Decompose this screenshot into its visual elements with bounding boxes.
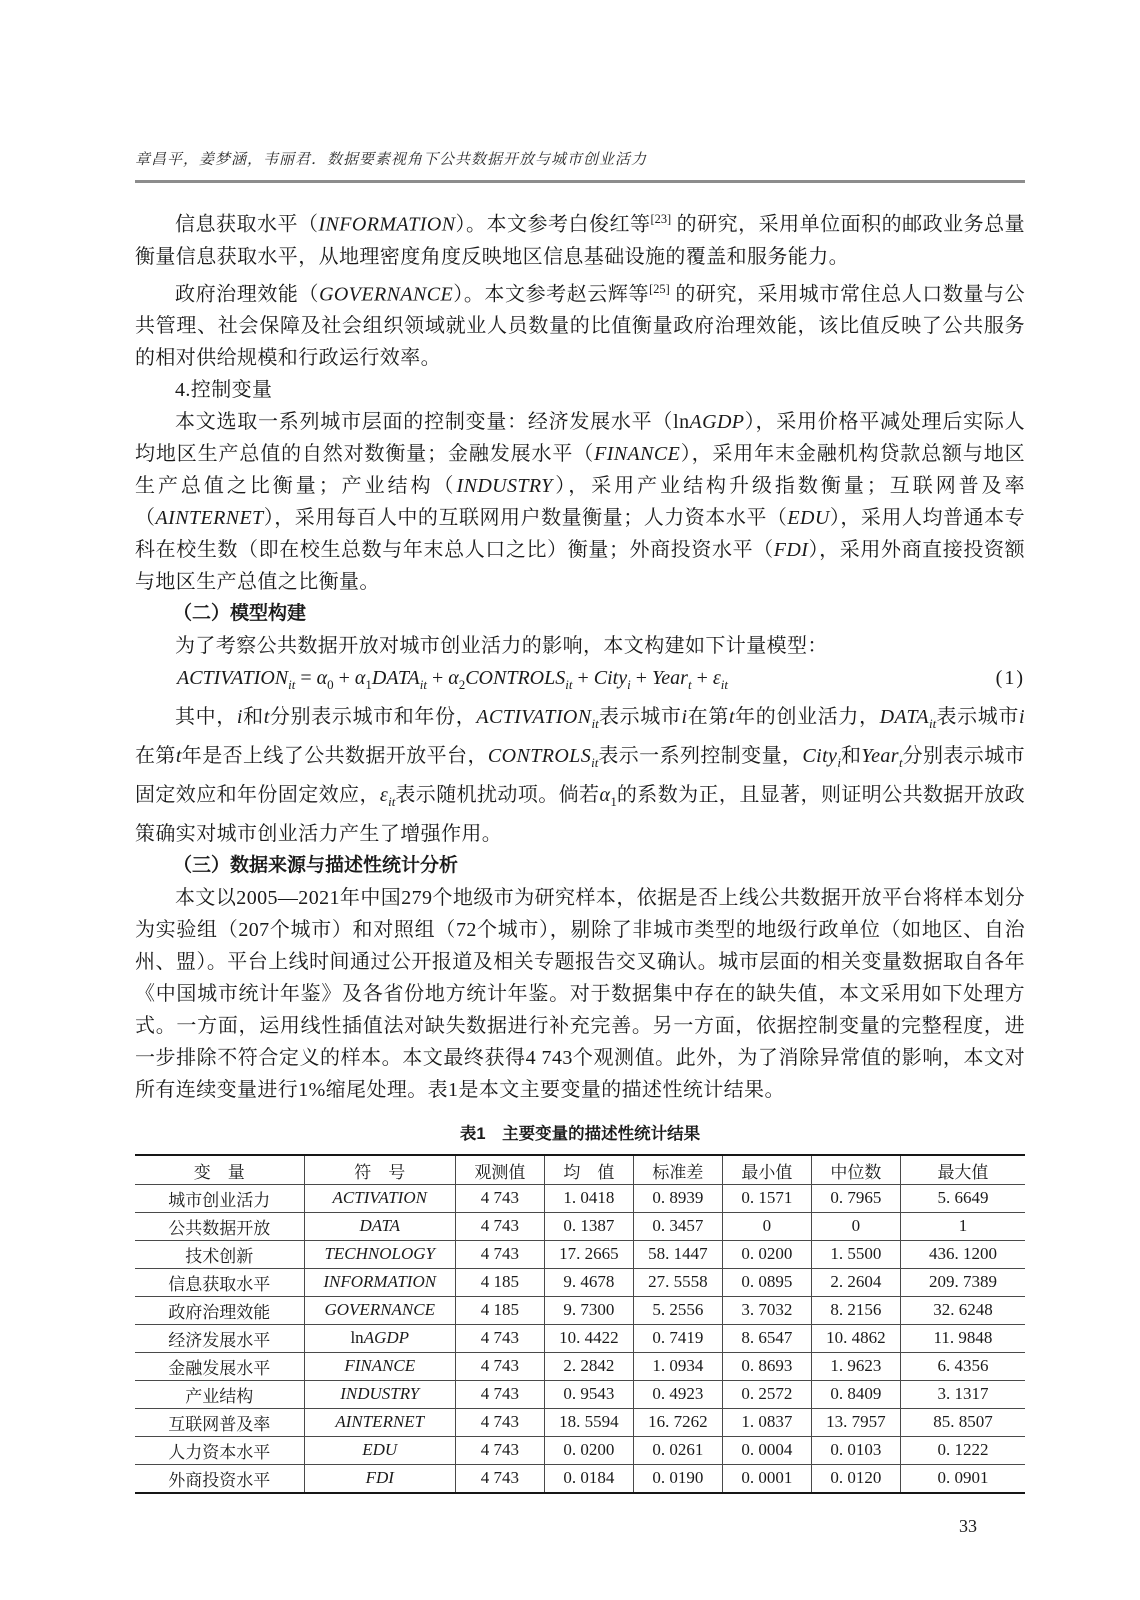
- text-run: 和: [841, 745, 861, 767]
- column-header: 最小值: [722, 1155, 811, 1184]
- value-cell: 0. 0184: [544, 1464, 633, 1493]
- equation-body: ACTIVATIONit = α0 + α1DATAit + α2CONTROL…: [177, 662, 728, 701]
- text-run: CONTROLS: [488, 745, 591, 767]
- text-run: INFORMATION: [323, 1272, 436, 1291]
- column-header: 符 号: [304, 1155, 455, 1184]
- value-cell: 4 743: [455, 1464, 544, 1493]
- value-cell: 0. 4923: [633, 1380, 722, 1408]
- value-cell: 2. 2604: [811, 1268, 900, 1296]
- symbol-cell: ACTIVATION: [304, 1184, 455, 1212]
- variable-name-cell: 城市创业活力: [135, 1184, 304, 1212]
- text-run: it: [721, 677, 728, 692]
- text-run: +: [572, 667, 593, 689]
- table-row: 公共数据开放DATA4 7430. 13870. 3457001: [135, 1212, 1025, 1240]
- text-run: it: [420, 677, 427, 692]
- variable-name-cell: 产业结构: [135, 1380, 304, 1408]
- text-run: CONTROLS: [465, 667, 565, 689]
- subheading-control-variables: 4.控制变量: [135, 374, 1025, 406]
- table-row: 人力资本水平EDU4 7430. 02000. 02610. 00040. 01…: [135, 1436, 1025, 1464]
- value-cell: 0: [811, 1212, 900, 1240]
- text-run: AINTERNET: [335, 1412, 424, 1431]
- text-run: [25]: [649, 282, 670, 296]
- variable-name-cell: 经济发展水平: [135, 1324, 304, 1352]
- text-run: 信息获取水平（: [175, 214, 318, 236]
- descriptive-statistics-table: 变 量符 号观测值均 值标准差最小值中位数最大值 城市创业活力ACTIVATIO…: [135, 1154, 1025, 1494]
- value-cell: 27. 5558: [633, 1268, 722, 1296]
- value-cell: 0. 0200: [544, 1436, 633, 1464]
- text-run: ），采用每百人中的互联网用户数量衡量；人力资本水平（: [264, 507, 788, 529]
- value-cell: 3. 1317: [900, 1380, 1025, 1408]
- table-row: 经济发展水平lnAGDP4 74310. 44220. 74198. 65471…: [135, 1324, 1025, 1352]
- value-cell: 58. 1447: [633, 1240, 722, 1268]
- text-run: INDUSTRY: [340, 1384, 419, 1403]
- text-run: GOVERNANCE: [324, 1300, 435, 1319]
- table-header-row: 变 量符 号观测值均 值标准差最小值中位数最大值: [135, 1155, 1025, 1184]
- text-run: 在第: [135, 745, 176, 767]
- value-cell: 4 185: [455, 1296, 544, 1324]
- text-run: ε: [380, 784, 388, 806]
- table-row: 政府治理效能GOVERNANCE4 1859. 73005. 25563. 70…: [135, 1296, 1025, 1324]
- column-header: 均 值: [544, 1155, 633, 1184]
- variable-name-cell: 金融发展水平: [135, 1352, 304, 1380]
- symbol-cell: EDU: [304, 1436, 455, 1464]
- text-run: FDI: [366, 1468, 394, 1487]
- table-row: 金融发展水平FINANCE4 7432. 28421. 09340. 86931…: [135, 1352, 1025, 1380]
- value-cell: 0. 0190: [633, 1464, 722, 1493]
- text-run: AINTERNET: [156, 507, 264, 529]
- page-footer: 33: [135, 1516, 1025, 1537]
- symbol-cell: AINTERNET: [304, 1408, 455, 1436]
- text-run: 和: [243, 706, 264, 728]
- value-cell: 0. 3457: [633, 1212, 722, 1240]
- text-run: i: [1019, 706, 1025, 728]
- text-run: 本文选取一系列城市层面的控制变量：经济发展水平（ln: [175, 411, 689, 433]
- table-row: 信息获取水平INFORMATION4 1859. 467827. 55580. …: [135, 1268, 1025, 1296]
- value-cell: 4 743: [455, 1324, 544, 1352]
- text-run: GOVERNANCE: [319, 283, 453, 305]
- variable-name-cell: 公共数据开放: [135, 1212, 304, 1240]
- paragraph-information-level: 信息获取水平（INFORMATION）。本文参考白俊红等[23] 的研究，采用单…: [135, 203, 1025, 273]
- value-cell: 4 743: [455, 1212, 544, 1240]
- table-row: 技术创新TECHNOLOGY4 74317. 266558. 14470. 02…: [135, 1240, 1025, 1268]
- column-header: 变 量: [135, 1155, 304, 1184]
- value-cell: 0. 7419: [633, 1324, 722, 1352]
- value-cell: 0. 0004: [722, 1436, 811, 1464]
- table-body: 城市创业活力ACTIVATION4 7431. 04180. 89390. 15…: [135, 1184, 1025, 1493]
- text-run: INDUSTRY: [457, 475, 553, 497]
- value-cell: 1. 0418: [544, 1184, 633, 1212]
- article-body: 信息获取水平（INFORMATION）。本文参考白俊红等[23] 的研究，采用单…: [135, 203, 1025, 1106]
- paragraph-model-intro: 为了考察公共数据开放对城市创业活力的影响，本文构建如下计量模型：: [135, 630, 1025, 662]
- table-head: 变 量符 号观测值均 值标准差最小值中位数最大值: [135, 1155, 1025, 1184]
- variable-name-cell: 人力资本水平: [135, 1436, 304, 1464]
- column-header: 中位数: [811, 1155, 900, 1184]
- text-run: DATA: [880, 706, 929, 728]
- symbol-cell: lnAGDP: [304, 1324, 455, 1352]
- page: 章昌平，姜梦涵，韦丽君．数据要素视角下公共数据开放与城市创业活力 信息获取水平（…: [0, 0, 1140, 1600]
- value-cell: 10. 4422: [544, 1324, 633, 1352]
- value-cell: 0. 1222: [900, 1436, 1025, 1464]
- value-cell: 4 185: [455, 1268, 544, 1296]
- value-cell: 0. 9543: [544, 1380, 633, 1408]
- value-cell: 17. 2665: [544, 1240, 633, 1268]
- value-cell: 1: [900, 1212, 1025, 1240]
- symbol-cell: INFORMATION: [304, 1268, 455, 1296]
- header-rule: [135, 180, 1025, 183]
- text-run: 分别表示城市和年份，: [270, 706, 477, 728]
- text-run: =: [295, 667, 316, 689]
- text-run: Year: [861, 745, 899, 767]
- variable-name-cell: 互联网普及率: [135, 1408, 304, 1436]
- value-cell: 4 743: [455, 1380, 544, 1408]
- text-run: 表示城市: [936, 706, 1019, 728]
- text-run: 年是否上线了公共数据开放平台，: [182, 745, 488, 767]
- value-cell: 4 743: [455, 1184, 544, 1212]
- paragraph-control-variables: 本文选取一系列城市层面的控制变量：经济发展水平（lnAGDP），采用价格平减处理…: [135, 406, 1025, 598]
- symbol-cell: GOVERNANCE: [304, 1296, 455, 1324]
- value-cell: 0. 1571: [722, 1184, 811, 1212]
- value-cell: 2. 2842: [544, 1352, 633, 1380]
- column-header: 标准差: [633, 1155, 722, 1184]
- symbol-cell: FINANCE: [304, 1352, 455, 1380]
- variable-name-cell: 技术创新: [135, 1240, 304, 1268]
- variable-name-cell: 外商投资水平: [135, 1464, 304, 1493]
- text-run: +: [427, 667, 448, 689]
- symbol-cell: FDI: [304, 1464, 455, 1493]
- text-run: FINANCE: [594, 443, 680, 465]
- running-head: 章昌平，姜梦涵，韦丽君．数据要素视角下公共数据开放与城市创业活力: [135, 148, 1025, 169]
- text-run: α: [599, 784, 610, 806]
- value-cell: 32. 6248: [900, 1296, 1025, 1324]
- value-cell: 18. 5594: [544, 1408, 633, 1436]
- value-cell: 0. 0261: [633, 1436, 722, 1464]
- value-cell: 10. 4862: [811, 1324, 900, 1352]
- value-cell: 3. 7032: [722, 1296, 811, 1324]
- text-run: City: [802, 745, 837, 767]
- equation-number: (1): [996, 662, 1025, 694]
- value-cell: 85. 8507: [900, 1408, 1025, 1436]
- value-cell: 0. 0103: [811, 1436, 900, 1464]
- value-cell: 6. 4356: [900, 1352, 1025, 1380]
- value-cell: 0. 0895: [722, 1268, 811, 1296]
- section-heading-model: （二）模型构建: [135, 598, 1025, 630]
- text-run: α: [355, 667, 366, 689]
- text-run: ）。本文参考赵云辉等: [453, 283, 649, 305]
- value-cell: 0. 0901: [900, 1464, 1025, 1493]
- value-cell: 0. 2572: [722, 1380, 811, 1408]
- text-run: INFORMATION: [318, 214, 455, 236]
- symbol-cell: TECHNOLOGY: [304, 1240, 455, 1268]
- table-row: 城市创业活力ACTIVATION4 7431. 04180. 89390. 15…: [135, 1184, 1025, 1212]
- text-run: α: [448, 667, 459, 689]
- table-block: 表1 主要变量的描述性统计结果 变 量符 号观测值均 值标准差最小值中位数最大值…: [135, 1120, 1025, 1494]
- text-run: DATA: [372, 667, 420, 689]
- value-cell: 9. 4678: [544, 1268, 633, 1296]
- page-number: 33: [959, 1516, 977, 1536]
- text-run: City: [594, 667, 627, 689]
- value-cell: 0: [722, 1212, 811, 1240]
- text-run: α: [317, 667, 328, 689]
- value-cell: 0. 0001: [722, 1464, 811, 1493]
- value-cell: 1. 0934: [633, 1352, 722, 1380]
- symbol-cell: DATA: [304, 1212, 455, 1240]
- value-cell: 11. 9848: [900, 1324, 1025, 1352]
- text-run: ACTIVATION: [177, 667, 288, 689]
- text-run: Year: [652, 667, 688, 689]
- text-run: 表示城市: [599, 706, 682, 728]
- text-run: 表示随机扰动项。倘若: [395, 784, 599, 806]
- text-run: ln: [350, 1328, 363, 1347]
- text-run: TECHNOLOGY: [324, 1244, 435, 1263]
- text-run: ACTIVATION: [333, 1188, 427, 1207]
- text-run: [23]: [651, 212, 672, 226]
- value-cell: 0. 0200: [722, 1240, 811, 1268]
- value-cell: 0. 8409: [811, 1380, 900, 1408]
- value-cell: 0. 8939: [633, 1184, 722, 1212]
- value-cell: 4 743: [455, 1240, 544, 1268]
- value-cell: 0. 0120: [811, 1464, 900, 1493]
- section-heading-data-source: （三）数据来源与描述性统计分析: [135, 850, 1025, 882]
- value-cell: 8. 6547: [722, 1324, 811, 1352]
- table-title: 表1 主要变量的描述性统计结果: [135, 1120, 1025, 1144]
- table-row: 产业结构INDUSTRY4 7430. 95430. 49230. 25720.…: [135, 1380, 1025, 1408]
- text-run: EDU: [787, 507, 829, 529]
- paragraph-data-source: 本文以2005—2021年中国279个地级市为研究样本，依据是否上线公共数据开放…: [135, 882, 1025, 1106]
- value-cell: 4 743: [455, 1352, 544, 1380]
- variable-name-cell: 政府治理效能: [135, 1296, 304, 1324]
- value-cell: 0. 1387: [544, 1212, 633, 1240]
- text-run: 其中，: [175, 706, 237, 728]
- paragraph-model-explanation: 其中，i和t分别表示城市和年份，ACTIVATIONit表示城市i在第t年的创业…: [135, 701, 1025, 850]
- text-run: 政府治理效能（: [175, 283, 319, 305]
- text-run: 在第: [687, 706, 729, 728]
- symbol-cell: INDUSTRY: [304, 1380, 455, 1408]
- value-cell: 1. 9623: [811, 1352, 900, 1380]
- value-cell: 8. 2156: [811, 1296, 900, 1324]
- column-header: 最大值: [900, 1155, 1025, 1184]
- value-cell: 4 743: [455, 1408, 544, 1436]
- value-cell: 5. 6649: [900, 1184, 1025, 1212]
- text-run: FINANCE: [344, 1356, 415, 1375]
- value-cell: 13. 7957: [811, 1408, 900, 1436]
- text-run: it: [591, 716, 598, 731]
- column-header: 观测值: [455, 1155, 544, 1184]
- text-run: AGDP: [364, 1328, 409, 1347]
- paragraph-governance: 政府治理效能（GOVERNANCE）。本文参考赵云辉等[25] 的研究，采用城市…: [135, 273, 1025, 375]
- value-cell: 1. 0837: [722, 1408, 811, 1436]
- text-run: ACTIVATION: [476, 706, 591, 728]
- text-run: 年的创业活力，: [735, 706, 880, 728]
- table-row: 互联网普及率AINTERNET4 74318. 559416. 72621. 0…: [135, 1408, 1025, 1436]
- text-run: ）。本文参考白俊红等: [455, 214, 650, 236]
- text-run: EDU: [362, 1440, 397, 1459]
- value-cell: 0. 7965: [811, 1184, 900, 1212]
- text-run: +: [631, 667, 652, 689]
- value-cell: 9. 7300: [544, 1296, 633, 1324]
- value-cell: 1. 5500: [811, 1240, 900, 1268]
- variable-name-cell: 信息获取水平: [135, 1268, 304, 1296]
- text-run: ε: [713, 667, 721, 689]
- text-run: AGDP: [689, 411, 744, 433]
- equation-1: ACTIVATIONit = α0 + α1DATAit + α2CONTROL…: [135, 662, 1025, 701]
- text-run: +: [334, 667, 355, 689]
- value-cell: 4 743: [455, 1436, 544, 1464]
- text-run: +: [692, 667, 713, 689]
- table-row: 外商投资水平FDI4 7430. 01840. 01900. 00010. 01…: [135, 1464, 1025, 1493]
- text-run: DATA: [359, 1216, 400, 1235]
- value-cell: 436. 1200: [900, 1240, 1025, 1268]
- value-cell: 209. 7389: [900, 1268, 1025, 1296]
- value-cell: 0. 8693: [722, 1352, 811, 1380]
- value-cell: 5. 2556: [633, 1296, 722, 1324]
- text-run: 表示一系列控制变量，: [598, 745, 802, 767]
- value-cell: 16. 7262: [633, 1408, 722, 1436]
- text-run: FDI: [774, 539, 809, 561]
